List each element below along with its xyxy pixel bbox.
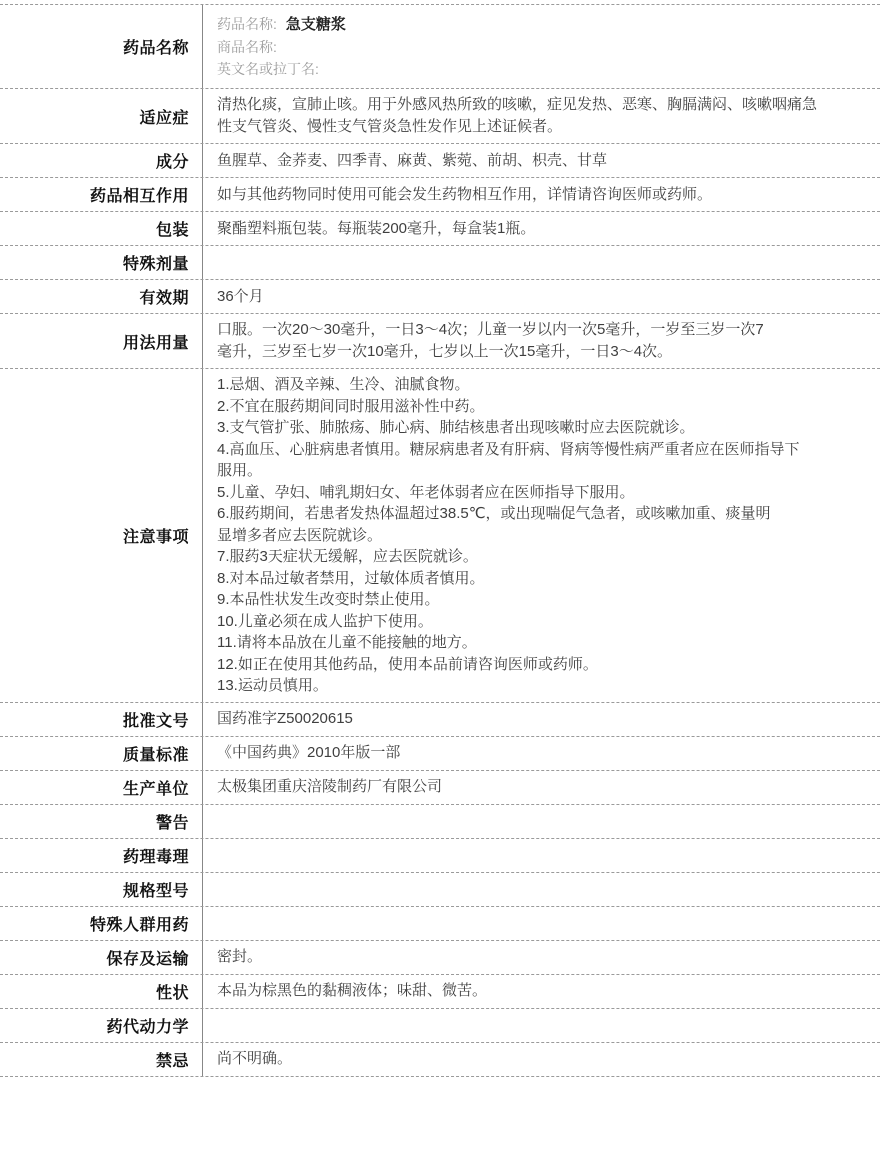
table-row: 药代动力学	[0, 1009, 880, 1043]
table-row: 性状本品为棕黑色的黏稠液体；味甜、微苦。	[0, 975, 880, 1009]
table-row: 有效期36个月	[0, 280, 880, 314]
row-value: 《中国药典》2010年版一部	[203, 737, 880, 770]
row-value: 36个月	[203, 280, 880, 313]
row-label: 特殊剂量	[0, 246, 203, 279]
table-row: 适应症清热化痰，宣肺止咳。用于外感风热所致的咳嗽，症见发热、恶寒、胸膈满闷、咳嗽…	[0, 89, 880, 144]
row-value: 药品名称:急支糖浆商品名称:英文名或拉丁名:	[203, 5, 880, 88]
row-value: 密封。	[203, 941, 880, 974]
row-value-text: 太极集团重庆涪陵制药厂有限公司	[217, 776, 442, 798]
row-value: 尚不明确。	[203, 1043, 880, 1076]
row-label: 禁忌	[0, 1043, 203, 1076]
table-row: 禁忌尚不明确。	[0, 1043, 880, 1077]
row-value	[203, 873, 880, 906]
row-value: 聚酯塑料瓶包装。每瓶装200毫升，每盒装1瓶。	[203, 212, 880, 245]
row-label: 适应症	[0, 89, 203, 143]
row-value-text: 尚不明确。	[217, 1048, 292, 1070]
row-value: 1.忌烟、酒及辛辣、生冷、油腻食物。 2.不宜在服药期间同时服用滋补性中药。 3…	[203, 369, 880, 702]
drug-name-value: 急支糖浆	[286, 16, 346, 33]
table-row: 保存及运输密封。	[0, 941, 880, 975]
drug-name-line: 商品名称:	[217, 36, 346, 58]
row-value-text: 1.忌烟、酒及辛辣、生冷、油腻食物。 2.不宜在服药期间同时服用滋补性中药。 3…	[217, 374, 800, 697]
drug-info-table: 药品名称药品名称:急支糖浆商品名称:英文名或拉丁名:适应症清热化痰，宣肺止咳。用…	[0, 4, 880, 1077]
row-label: 保存及运输	[0, 941, 203, 974]
drug-name-group: 药品名称:急支糖浆商品名称:英文名或拉丁名:	[217, 10, 346, 83]
table-row: 批准文号国药准字Z50020615	[0, 703, 880, 737]
table-row: 注意事项1.忌烟、酒及辛辣、生冷、油腻食物。 2.不宜在服药期间同时服用滋补性中…	[0, 369, 880, 703]
row-label: 规格型号	[0, 873, 203, 906]
row-value	[203, 907, 880, 940]
row-value-text: 密封。	[217, 946, 262, 968]
field-label: 英文名或拉丁名:	[217, 61, 319, 77]
row-value: 国药准字Z50020615	[203, 703, 880, 736]
row-value: 口服。一次20～30毫升，一日3～4次；儿童一岁以内一次5毫升，一岁至三岁一次7…	[203, 314, 880, 368]
drug-name-line: 药品名称:急支糖浆	[217, 13, 346, 36]
row-value: 太极集团重庆涪陵制药厂有限公司	[203, 771, 880, 804]
row-value	[203, 805, 880, 838]
row-value: 鱼腥草、金荞麦、四季青、麻黄、紫菀、前胡、枳壳、甘草	[203, 144, 880, 177]
table-row: 警告	[0, 805, 880, 839]
row-value-text: 聚酯塑料瓶包装。每瓶装200毫升，每盒装1瓶。	[217, 218, 535, 240]
row-label: 药代动力学	[0, 1009, 203, 1042]
table-row: 成分鱼腥草、金荞麦、四季青、麻黄、紫菀、前胡、枳壳、甘草	[0, 144, 880, 178]
row-label: 特殊人群用药	[0, 907, 203, 940]
row-value-text: 国药准字Z50020615	[217, 708, 353, 730]
row-value	[203, 839, 880, 872]
row-value	[203, 1009, 880, 1042]
table-row: 药理毒理	[0, 839, 880, 873]
row-label: 性状	[0, 975, 203, 1008]
table-row: 药品名称药品名称:急支糖浆商品名称:英文名或拉丁名:	[0, 5, 880, 89]
table-row: 生产单位太极集团重庆涪陵制药厂有限公司	[0, 771, 880, 805]
row-label: 包装	[0, 212, 203, 245]
row-label: 药品相互作用	[0, 178, 203, 211]
table-row: 特殊人群用药	[0, 907, 880, 941]
row-label: 质量标准	[0, 737, 203, 770]
row-label: 批准文号	[0, 703, 203, 736]
row-label: 警告	[0, 805, 203, 838]
table-row: 规格型号	[0, 873, 880, 907]
row-label: 成分	[0, 144, 203, 177]
table-row: 用法用量口服。一次20～30毫升，一日3～4次；儿童一岁以内一次5毫升，一岁至三…	[0, 314, 880, 369]
table-row: 特殊剂量	[0, 246, 880, 280]
row-value: 本品为棕黑色的黏稠液体；味甜、微苦。	[203, 975, 880, 1008]
row-label: 注意事项	[0, 369, 203, 702]
row-value-text: 36个月	[217, 286, 264, 308]
field-label: 商品名称:	[217, 39, 277, 55]
field-label: 药品名称:	[217, 16, 277, 32]
drug-name-line: 英文名或拉丁名:	[217, 58, 346, 80]
row-value-text: 《中国药典》2010年版一部	[217, 742, 400, 764]
row-value-text: 口服。一次20～30毫升，一日3～4次；儿童一岁以内一次5毫升，一岁至三岁一次7…	[217, 319, 764, 363]
row-value-text: 清热化痰，宣肺止咳。用于外感风热所致的咳嗽，症见发热、恶寒、胸膈满闷、咳嗽咽痛急…	[217, 94, 817, 138]
row-value-text: 本品为棕黑色的黏稠液体；味甜、微苦。	[217, 980, 487, 1002]
row-label: 药品名称	[0, 5, 203, 88]
table-row: 包装聚酯塑料瓶包装。每瓶装200毫升，每盒装1瓶。	[0, 212, 880, 246]
row-value: 如与其他药物同时使用可能会发生药物相互作用，详情请咨询医师或药师。	[203, 178, 880, 211]
row-label: 生产单位	[0, 771, 203, 804]
row-value-text: 如与其他药物同时使用可能会发生药物相互作用，详情请咨询医师或药师。	[217, 184, 712, 206]
row-label: 药理毒理	[0, 839, 203, 872]
table-row: 质量标准《中国药典》2010年版一部	[0, 737, 880, 771]
row-value	[203, 246, 880, 279]
row-label: 有效期	[0, 280, 203, 313]
row-value: 清热化痰，宣肺止咳。用于外感风热所致的咳嗽，症见发热、恶寒、胸膈满闷、咳嗽咽痛急…	[203, 89, 880, 143]
table-row: 药品相互作用如与其他药物同时使用可能会发生药物相互作用，详情请咨询医师或药师。	[0, 178, 880, 212]
row-value-text: 鱼腥草、金荞麦、四季青、麻黄、紫菀、前胡、枳壳、甘草	[217, 150, 607, 172]
row-label: 用法用量	[0, 314, 203, 368]
